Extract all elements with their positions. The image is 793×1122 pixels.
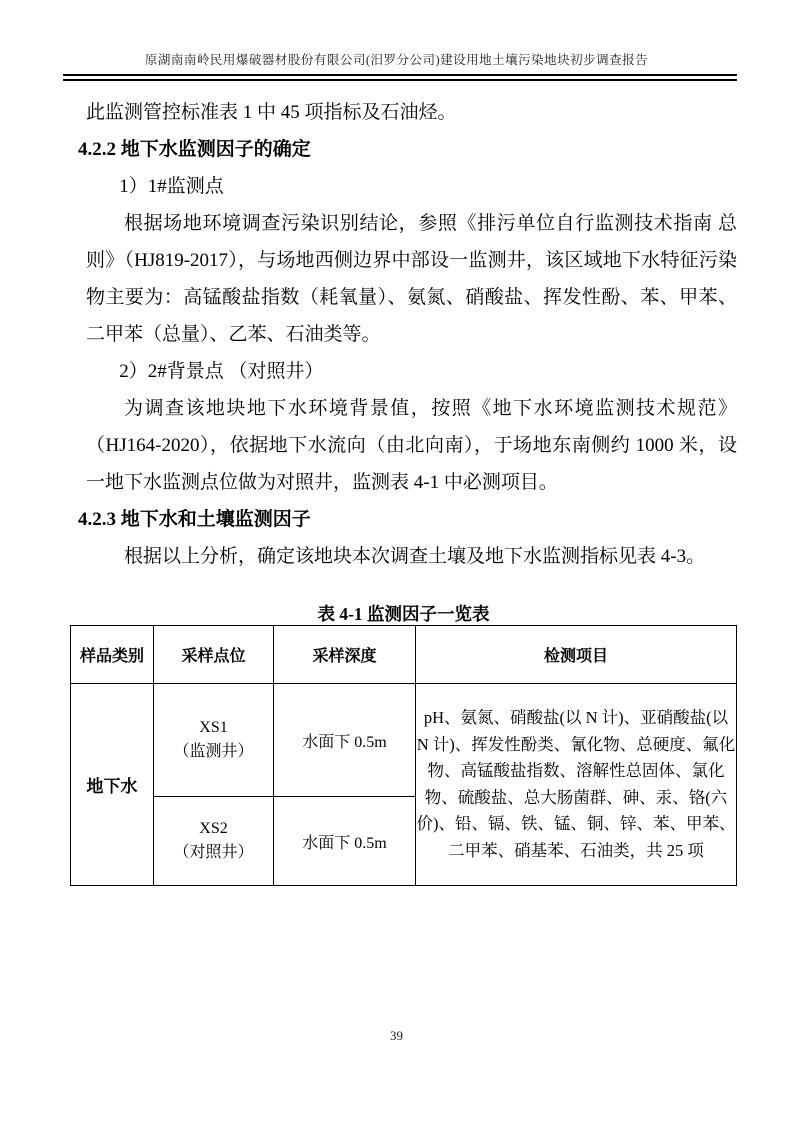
header-double-rule — [63, 74, 737, 81]
cell-depth-xs2: 水面下 0.5m — [274, 797, 416, 886]
point-note: （监测井） — [154, 740, 273, 764]
point-note: （对照井） — [154, 841, 273, 865]
report-page: 原湖南南岭民用爆破器材股份有限公司(汨罗分公司)建设用地土壤污染地块初步调查报告… — [0, 0, 793, 1122]
table-4-1-title: 表 4-1 监测因子一览表 — [70, 603, 737, 625]
list-item-1-monitor-point: 1）1#监测点 — [86, 168, 737, 205]
paragraph-background-point: 为调查该地块地下水环境背景值，按照《地下水环境监测技术规范》（HJ164-202… — [86, 390, 737, 501]
column-header-sample-point: 采样点位 — [154, 626, 274, 684]
table-header-row: 样品类别 采样点位 采样深度 检测项目 — [71, 626, 737, 684]
heading-4-2-3: 4.2.3 地下水和土壤监测因子 — [78, 501, 737, 538]
column-header-sample-type: 样品类别 — [71, 626, 154, 684]
column-header-test-items: 检测项目 — [416, 626, 737, 684]
point-code: XS1 — [154, 716, 273, 740]
list-item-2-background-point: 2）2#背景点 （对照井） — [86, 353, 737, 390]
heading-4-2-2: 4.2.2 地下水监测因子的确定 — [78, 131, 737, 168]
page-content: 此监测管控标准表 1 中 45 项指标及石油烃。 4.2.2 地下水监测因子的确… — [70, 94, 737, 886]
paragraph-intro: 此监测管控标准表 1 中 45 项指标及石油烃。 — [86, 94, 737, 131]
cell-category-groundwater: 地下水 — [71, 684, 154, 886]
cell-point-xs1: XS1 （监测井） — [154, 684, 274, 797]
paragraph-monitor-point: 根据场地环境调查污染识别结论，参照《排污单位自行监测技术指南 总则》（HJ819… — [86, 205, 737, 353]
cell-point-xs2: XS2 （对照井） — [154, 797, 274, 886]
cell-test-items: pH、氨氮、硝酸盐(以 N 计)、亚硝酸盐(以 N 计)、挥发性酚类、氰化物、总… — [416, 684, 737, 886]
column-header-sample-depth: 采样深度 — [274, 626, 416, 684]
table-row: 地下水 XS1 （监测井） 水面下 0.5m pH、氨氮、硝酸盐(以 N 计)、… — [71, 684, 737, 797]
running-header-title: 原湖南南岭民用爆破器材股份有限公司(汨罗分公司)建设用地土壤污染地块初步调查报告 — [0, 0, 793, 68]
page-number: 39 — [0, 1028, 793, 1044]
cell-depth-xs1: 水面下 0.5m — [274, 684, 416, 797]
paragraph-conclusion: 根据以上分析，确定该地块本次调查土壤及地下水监测指标见表 4-3。 — [86, 538, 737, 575]
point-code: XS2 — [154, 817, 273, 841]
monitoring-factors-table: 样品类别 采样点位 采样深度 检测项目 地下水 XS1 （监测井） 水面下 0.… — [70, 625, 737, 886]
